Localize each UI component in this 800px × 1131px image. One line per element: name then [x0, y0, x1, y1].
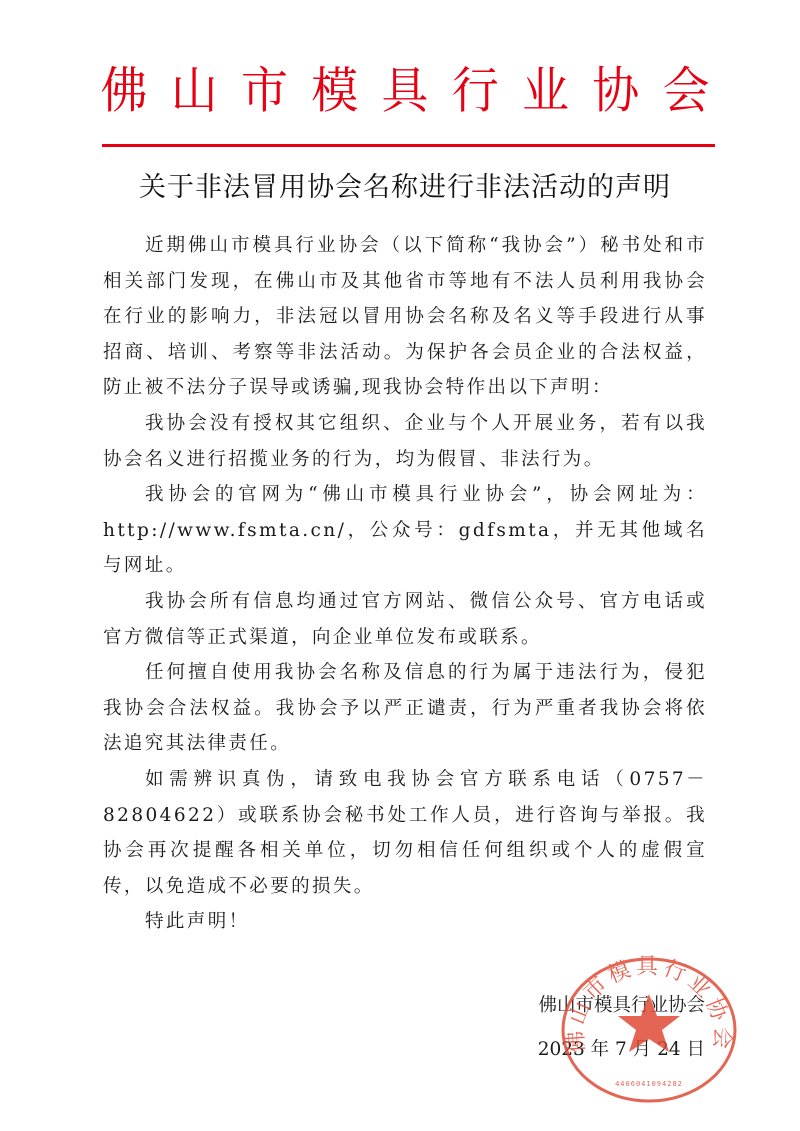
paragraph-intro: 近期佛山市模具行业协会（以下简称“我协会”）秘书处和市相关部门发现，在佛山市及其…: [103, 228, 707, 406]
signature-block: 佛山市模具行业协会 2023 年 7 月 24 日: [500, 984, 705, 1072]
letterhead-divider: [102, 144, 715, 147]
document-title: 关于非法冒用协会名称进行非法活动的声明: [100, 168, 710, 208]
letterhead-char: 市: [241, 61, 289, 124]
letterhead-char: 山: [170, 61, 218, 124]
letterhead-char: 业: [522, 61, 570, 124]
paragraph-official-site: 我协会的官网为“佛山市模具行业协会”，协会网址为：http://www.fsmt…: [103, 477, 707, 584]
svg-text:4406041094282: 4406041094282: [615, 1080, 683, 1088]
signature-date: 2023 年 7 月 24 日: [500, 1028, 705, 1072]
letterhead-char: 协: [592, 61, 640, 124]
paragraph-closing: 特此声明！: [103, 904, 707, 940]
letterhead-char: 会: [662, 61, 710, 124]
letterhead-char: 佛: [100, 61, 148, 124]
org-letterhead: 佛 山 市 模 具 行 业 协 会: [100, 62, 710, 122]
letterhead-char: 模: [311, 61, 359, 124]
letterhead-char: 具: [381, 61, 429, 124]
letterhead-char: 行: [451, 61, 499, 124]
signature-org: 佛山市模具行业协会: [500, 984, 705, 1028]
paragraph-no-authorization: 我协会没有授权其它组织、企业与个人开展业务，若有以我协会名义进行招揽业务的行为，…: [103, 406, 707, 477]
paragraph-infringement: 任何擅自使用我协会名称及信息的行为属于违法行为，侵犯我协会合法权益。我协会予以严…: [103, 655, 707, 762]
paragraph-official-channels: 我协会所有信息均通过官方网站、微信公众号、官方电话或官方微信等正式渠道，向企业单…: [103, 584, 707, 655]
paragraph-verification: 如需辨识真伪，请致电我协会官方联系电话（0757－82804622）或联系协会秘…: [103, 762, 707, 904]
document-body: 近期佛山市模具行业协会（以下简称“我协会”）秘书处和市相关部门发现，在佛山市及其…: [103, 228, 707, 940]
document-page: 佛 山 市 模 具 行 业 协 会 关于非法冒用协会名称进行非法活动的声明 近期…: [0, 0, 800, 1131]
